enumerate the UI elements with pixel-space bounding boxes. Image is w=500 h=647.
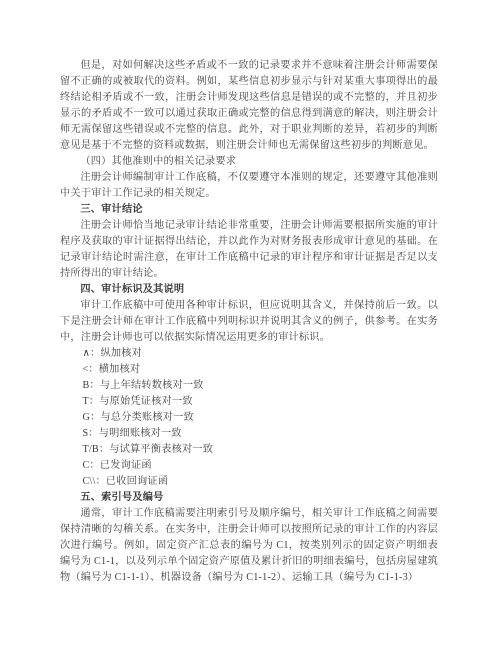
text-line: 保持清晰的勾稽关系。在实务中，注册会计师可以按照所记录的审计工作的内容层 bbox=[60, 522, 438, 538]
text-line: 留不正确的或被取代的资料。例如，某些信息初步显示与针对某重大事项得出的最 bbox=[60, 74, 438, 90]
text-line: 次进行编号。例如，固定资产汇总表的编号为 C1，按类别列示的固定资产明细表的 bbox=[60, 538, 438, 554]
section-heading: 五、索引号及编号 bbox=[60, 490, 438, 506]
audit-mark-line: B：与上年结转数核对一致 bbox=[60, 378, 438, 394]
text-line: 审计工作底稿中可使用各种审计标识，但应说明其含义，并保持前后一致。以 bbox=[60, 298, 438, 314]
text-line: 持所得出的审计结论。 bbox=[60, 266, 438, 282]
text-line: 编号为 C1-1，以及列示单个固定资产原值及累计折旧的明细表编号，包括房屋建筑 bbox=[60, 554, 438, 570]
text-line: 中关于审计工作记录的相关规定。 bbox=[60, 186, 438, 202]
audit-mark-line: T/B：与试算平衡表核对一致 bbox=[60, 442, 438, 458]
text-line: 师无需保留这些错误或不完整的信息。此外，对于职业判断的差异，若初步的判断 bbox=[60, 122, 438, 138]
text-line: 程序及获取的审计证据得出结论，并以此作为对财务报表形成审计意见的基础。在 bbox=[60, 234, 438, 250]
document-page: 但是，对如何解决这些矛盾或不一致的记录要求并不意味着注册会计师需要保留不正确的或… bbox=[0, 0, 500, 647]
audit-mark-line: G：与总分类账核对一致 bbox=[60, 410, 438, 426]
section-heading: 四、审计标识及其说明 bbox=[60, 282, 438, 298]
audit-mark-line: C\\：已收回询证函 bbox=[60, 474, 438, 490]
audit-mark-line: C：已发询证函 bbox=[60, 458, 438, 474]
text-line: 记录审计结论时需注意，在审计工作底稿中记录的审计程序和审计证据是否足以支 bbox=[60, 250, 438, 266]
audit-mark-line: <：横加核对 bbox=[60, 362, 438, 378]
text-line: 中，注册会计师也可以依据实际情况运用更多的审计标识。 bbox=[60, 330, 438, 346]
text-line: 注册会计师恰当地记录审计结论非常重要，注册会计师需要根据所实施的审计 bbox=[60, 218, 438, 234]
text-line: （四）其他准则中的相关记录要求 bbox=[60, 154, 438, 170]
audit-mark-line: S：与明细账核对一致 bbox=[60, 426, 438, 442]
audit-mark-line: T：与原始凭证核对一致 bbox=[60, 394, 438, 410]
text-line: 显示的矛盾或不一致可以通过获取正确或完整的信息得到满意的解决，则注册会计 bbox=[60, 106, 438, 122]
text-line: 但是，对如何解决这些矛盾或不一致的记录要求并不意味着注册会计师需要保 bbox=[60, 58, 438, 74]
text-line: 下是注册会计师在审计工作底稿中列明标识并说明其含义的例子，供参考。在实务 bbox=[60, 314, 438, 330]
section-heading: 三、审计结论 bbox=[60, 202, 438, 218]
text-line: 通常，审计工作底稿需要注明索引号及顺序编号，相关审计工作底稿之间需要 bbox=[60, 506, 438, 522]
text-line: 物（编号为 C1-1-1）、机器设备（编号为 C1-1-2）、运输工具（编号为 … bbox=[60, 570, 438, 586]
document-text-block: 但是，对如何解决这些矛盾或不一致的记录要求并不意味着注册会计师需要保留不正确的或… bbox=[60, 58, 438, 586]
text-line: 终结论相矛盾或不一致，注册会计师发现这些信息是错误的或不完整的，并且初步 bbox=[60, 90, 438, 106]
audit-mark-line: ∧：纵加核对 bbox=[60, 346, 438, 362]
text-line: 注册会计师编制审计工作底稿，不仅要遵守本准则的规定，还要遵守其他准则 bbox=[60, 170, 438, 186]
text-line: 意见是基于不完整的资料或数据，则注册会计师也无需保留这些初步的判断意见。 bbox=[60, 138, 438, 154]
